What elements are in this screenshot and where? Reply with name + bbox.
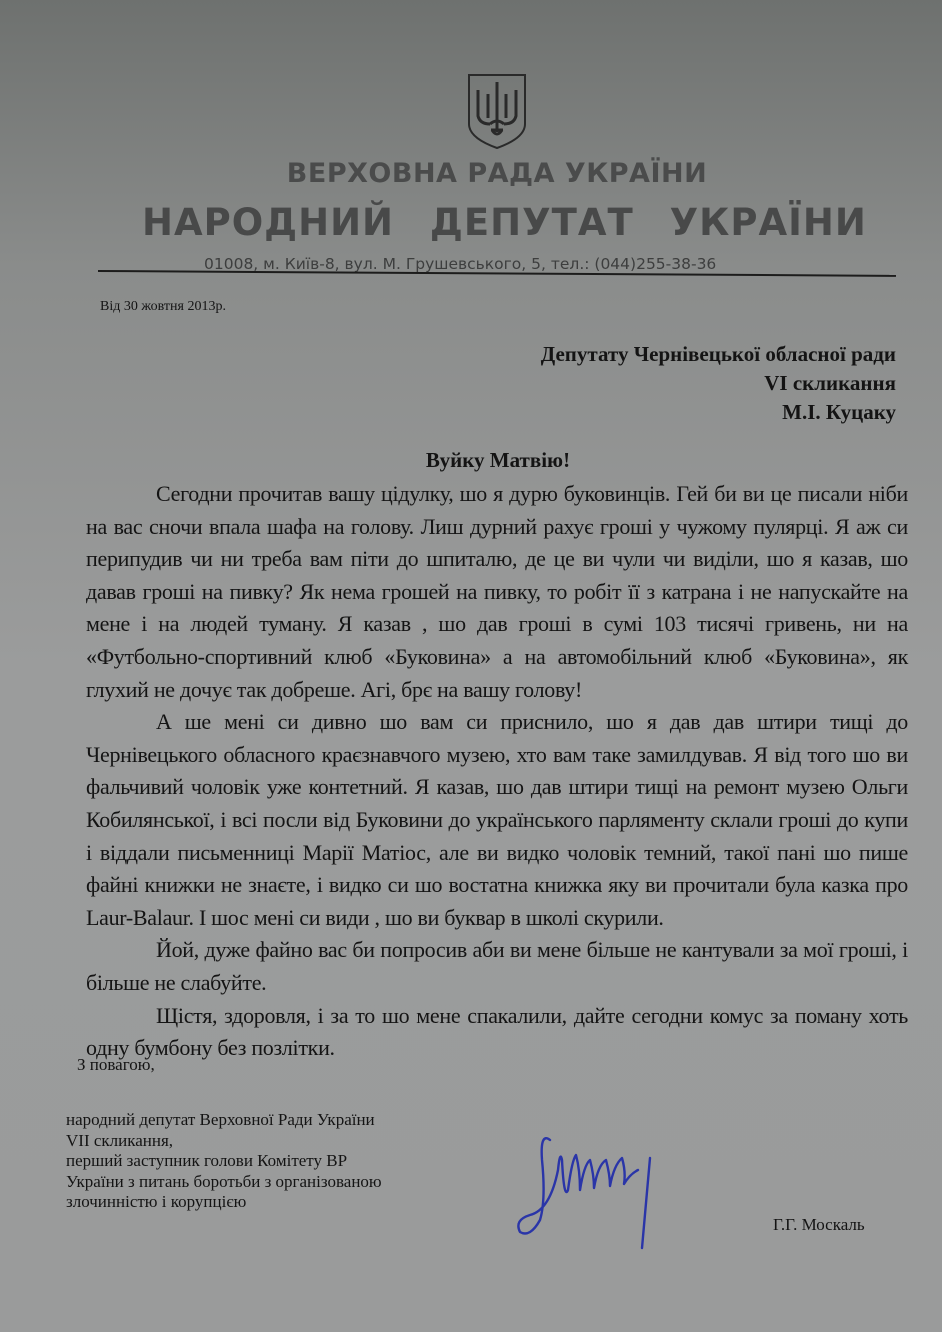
- letterhead-deputy: НАРОДНИЙ ДЕПУТАТ УКРАЇНИ: [142, 201, 854, 244]
- salutation: Вуйку Матвію!: [0, 448, 942, 473]
- signer-name: Г.Г. Москаль: [773, 1215, 865, 1235]
- body-paragraph: Йой, дуже файно вас би попросив аби ви м…: [86, 934, 908, 999]
- closing-regards: З повагою,: [77, 1055, 155, 1075]
- signer-title-line: України з питань боротьби з організовано…: [66, 1172, 466, 1193]
- trident-coat-of-arms-icon: [466, 72, 528, 150]
- signer-title-line: перший заступник голови Комітету ВР: [66, 1151, 466, 1172]
- signer-title: народний депутат Верховної Ради України …: [66, 1110, 466, 1213]
- recipient-line: Депутату Чернівецької обласної ради: [541, 340, 896, 369]
- letter-date: Від 30 жовтня 2013р.: [100, 299, 226, 315]
- letter-body: Сегодни прочитав вашу цідулку, шо я дурю…: [86, 478, 908, 1065]
- letter-page: ВЕРХОВНА РАДА УКРАЇНИ НАРОДНИЙ ДЕПУТАТ У…: [0, 0, 942, 1332]
- body-paragraph: Сегодни прочитав вашу цідулку, шо я дурю…: [86, 478, 908, 706]
- body-paragraph: Щістя, здоровля, і за то шо мене спакали…: [86, 1000, 908, 1065]
- handwritten-signature-icon: [510, 1120, 700, 1250]
- signer-title-line: злочинністю і корупцією: [66, 1192, 466, 1213]
- recipient-line: М.І. Куцаку: [541, 398, 896, 427]
- letterhead-parliament: ВЕРХОВНА РАДА УКРАЇНИ: [0, 158, 942, 189]
- recipient-line: VI скликання: [541, 369, 896, 398]
- body-paragraph: А ше мені си дивно шо вам си приснило, ш…: [86, 706, 908, 934]
- signer-title-line: народний депутат Верховної Ради України: [66, 1110, 466, 1131]
- signer-title-line: VII скликання,: [66, 1131, 466, 1152]
- recipient-block: Депутату Чернівецької обласної ради VI с…: [541, 340, 896, 427]
